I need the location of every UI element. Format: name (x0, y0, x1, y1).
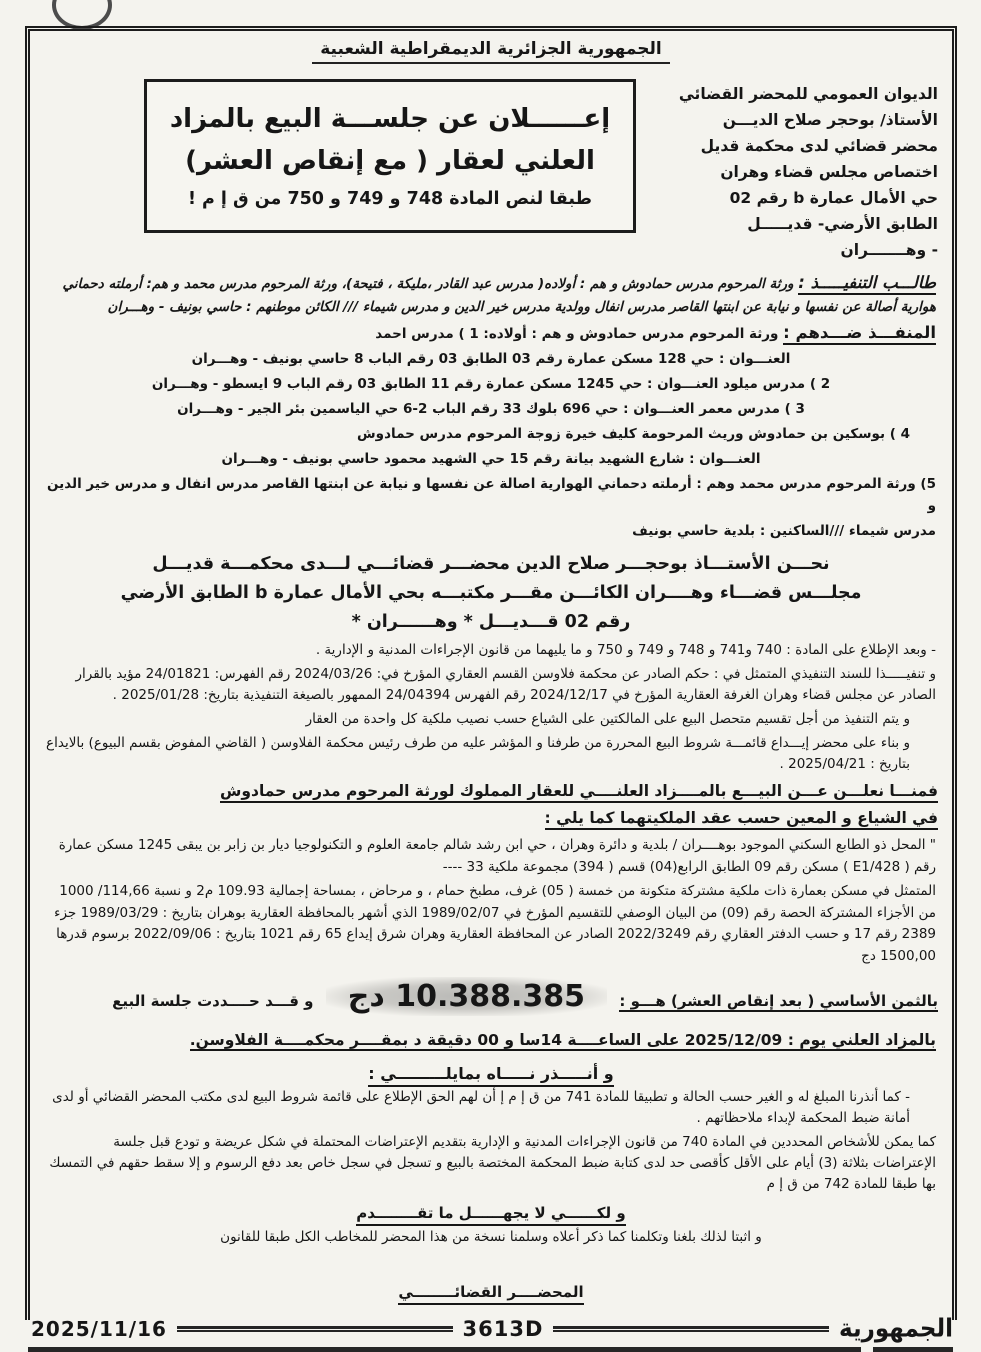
closing-statement: و اثبتا لذلك بلغنا وتكلمنا كما ذكر أعلاه… (46, 1227, 936, 1248)
sale-announcement: فمنـــا نعلـــن عـــن البيـــع بالمــــز… (44, 778, 938, 832)
deposit-paragraph: و بناء على محضر إيـــداع قائمـــة شروط ا… (46, 733, 936, 775)
republic-header-text: الجمهورية الجزائرية الديمقراطية الشعبية (312, 39, 670, 64)
warning-heading-text: و أنـــــذر نـــــاه بمايلـــــــــي : (368, 1064, 613, 1087)
document-body: طالـــب التنفيـــــذ : ورثة المرحوم مدرس… (44, 271, 938, 1303)
office-line: الديوان العمومي للمحضر القضائي (646, 81, 938, 107)
office-line: محضر قضائي لدى محكمة قديل (646, 133, 938, 159)
republic-header: الجمهورية الجزائرية الديمقراطية الشعبية (44, 39, 938, 59)
scanned-auction-announcement: الجمهورية الجزائرية الديمقراطية الشعبية … (0, 0, 981, 1352)
footer-rule (177, 1326, 453, 1332)
footer-bar: 2025/11/16 3613D الجمهورية (25, 1312, 957, 1346)
bailiff-line: رقم 02 قـــديـــل * وهــــــران * (74, 608, 908, 637)
footer-rule (553, 1326, 829, 1332)
defendant-line: 3 ) مدرس معمر العنـــوان : حي 696 بلوك 3… (46, 398, 936, 420)
office-line: حي الأمال عمارة b رقم 02 (646, 185, 938, 211)
title-line-2: العلني لعقار ( مع إنقاص العشر) (155, 140, 625, 182)
newspaper-logo: الجمهورية (839, 1315, 957, 1343)
warning-item-2: كما يمكن للأشخاص المحددين في المادة 740 … (46, 1132, 936, 1195)
base-price-line: بالثمن الأساسي ( بعد إنقاص العشر) هـــو … (44, 977, 938, 1022)
defendants-label: المنفـــذ ضـــدهم : (783, 323, 936, 345)
defendant-address: العنـــوان : شارع الشهيد بيانة رقم 15 حي… (46, 448, 936, 470)
top-section: الديوان العمومي للمحضر القضائي الأستاذ/ … (44, 69, 938, 263)
auction-date-text: بالمزاد العلني يوم : 2025/12/09 على السا… (190, 1031, 936, 1051)
base-price-label: بالثمن الأساسي ( بعد إنقاص العشر) هـــو … (619, 992, 938, 1012)
bailiff-signature: المحضــــر القضائــــــــي (44, 1282, 938, 1303)
executor-paragraph: طالـــب التنفيـــــذ : ورثة المرحوم مدرس… (46, 271, 936, 319)
office-line: الطابق الأرضي- قديـــــل (646, 211, 938, 237)
bottom-rule-right (873, 1347, 953, 1352)
bailiff-line: مجلـــس قضـــاء وهــــران الكائـــن مقــ… (74, 579, 908, 608)
document-frame: الجمهورية الجزائرية الديمقراطية الشعبية … (25, 26, 957, 1320)
sale-announcement-line2: في الشياع و المعين حسب عقد الملكيتهما كم… (545, 809, 939, 830)
defendant-line: 2 ) مدرس ميلود العنـــوان : حي 1245 مسكن… (46, 373, 936, 395)
defendant-line: 5) ورثة المرحوم مدرس محمد وهم : أرملته د… (46, 473, 936, 517)
title-line-1: إعــــــلان عن جلســـة البيع بالمزاد (155, 98, 625, 140)
auction-date-line: بالمزاد العلني يوم : 2025/12/09 على السا… (46, 1025, 936, 1055)
bailiff-signature-text: المحضــــر القضائــــــــي (398, 1283, 583, 1305)
bailiff-line: نحـــن الأستـــاذ بوحجـــر صلاح الدين مح… (74, 550, 908, 579)
session-set-note: و قـــد حــــددت جلسة البيع (112, 992, 313, 1010)
executor-label: طالـــب التنفيـــــذ : (798, 273, 936, 295)
closing-heading: و لكــــــي لا يجهــــــل ما تقــــــــد… (44, 1203, 938, 1224)
warning-item-1: - كما أنذرنا المبلغ له و الغير حسب الحال… (46, 1087, 936, 1129)
defendant-line: 4 ) بوسكين بن حمادوش وريث المرحومة كليف … (46, 423, 936, 445)
defendants-intro: المنفـــذ ضـــدهم : ورثة المرحوم مدرس حم… (46, 322, 936, 345)
auction-title-box: إعــــــلان عن جلســـة البيع بالمزاد الع… (144, 79, 636, 233)
sale-announcement-line1: فمنـــا نعلـــن عـــن البيـــع بالمــــز… (220, 782, 938, 803)
office-line: الأستاذ/ بوحجر صلاح الديـــن (646, 107, 938, 133)
closing-heading-text: و لكــــــي لا يجهــــــل ما تقــــــــد… (356, 1204, 625, 1226)
title-line-3: طبقا لنص المادة 748 و 749 و 750 من ق إ م… (155, 182, 625, 216)
publication-date: 2025/11/16 (25, 1317, 167, 1341)
defendants-intro-text: ورثة المرحوم مدرس حمادوش و هم : أولاده: … (375, 326, 778, 342)
property-description-2: المتمثل في مسكن بعمارة ذات ملكية مشتركة … (46, 881, 936, 967)
announcement-reference: 3613D (463, 1317, 544, 1341)
defendant-address: العنـــوان : حي 128 مسكن عمارة رقم 03 ال… (46, 348, 936, 370)
division-paragraph: و يتم التنفيذ من أجل تقسيم متحصل البيع ع… (46, 709, 936, 730)
articles-note: - وبعد الإطلاع على المادة : 740 و741 و 7… (46, 640, 936, 661)
property-description-1: " المحل ذو الطابع السكني الموجود بوهــــ… (46, 835, 936, 878)
bottom-rule (28, 1347, 861, 1352)
writ-paragraph: و تنفيـــــذا للسند التنفيذي المتمثل في … (46, 664, 936, 706)
bailiff-statement: نحـــن الأستـــاذ بوحجـــر صلاح الدين مح… (74, 550, 908, 637)
bailiff-office-block: الديوان العمومي للمحضر القضائي الأستاذ/ … (646, 69, 938, 263)
warning-heading: و أنـــــذر نـــــاه بمايلـــــــــي : (44, 1063, 938, 1084)
office-line: اختصاص مجلس قضاء وهران (646, 159, 938, 185)
defendant-line: مدرس شيماء ///الساكنين : بلدية حاسي بوني… (46, 520, 936, 542)
base-price-amount: 10.388.385 دج (326, 977, 607, 1016)
office-line: - وهـــــــران (646, 237, 938, 263)
